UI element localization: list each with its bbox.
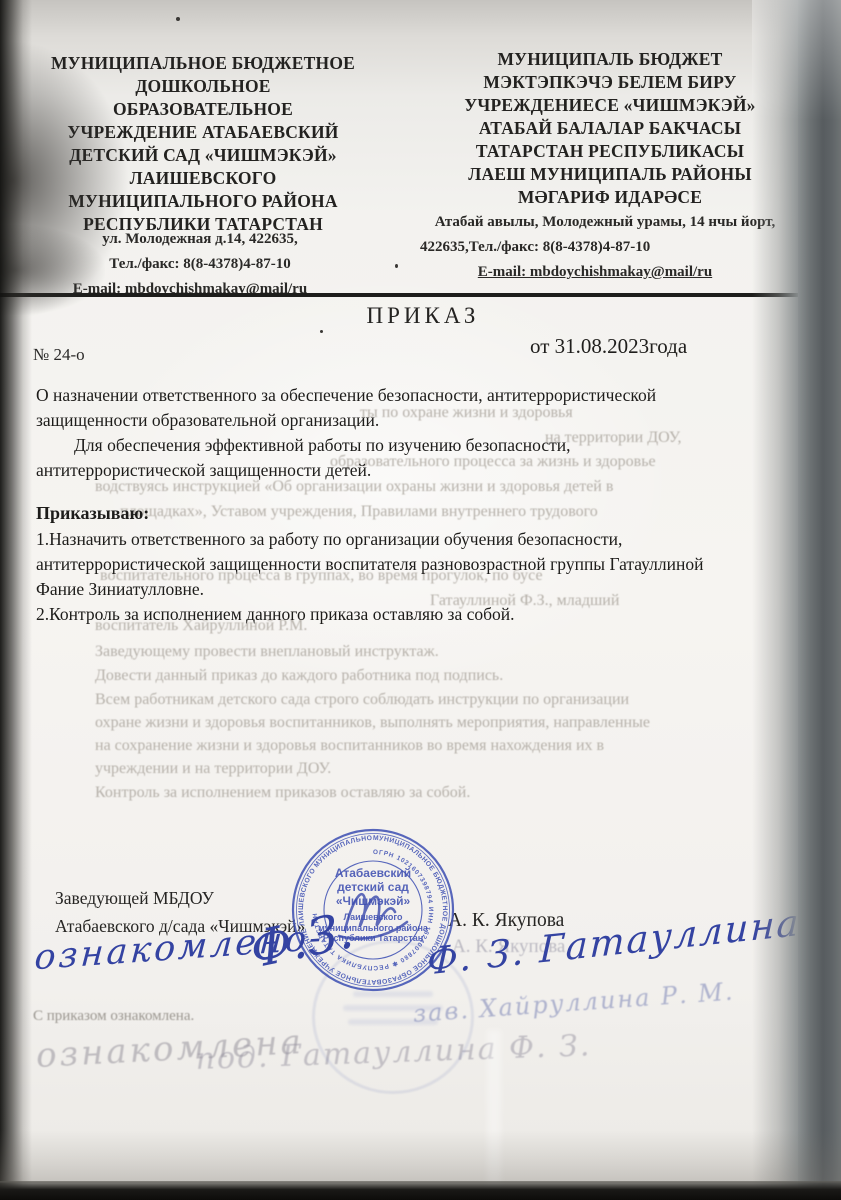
scan-edge-right-highlight [752,0,841,140]
scan-edge-right-fade [752,0,800,1200]
order-intro: Для обеспечения эффективной работы по из… [36,433,776,483]
ghost-line: площадках», Уставом учреждения, Правилам… [120,503,598,521]
ghost-line: Всем работникам детского сада строго соб… [95,691,629,709]
order-subject: О назначении ответственного за обеспечен… [36,383,776,433]
org-email-line-tatar: E-mail: mbdoychishmakay@mail/ru [430,264,760,281]
scan-bottom-shading [0,1130,841,1183]
ghost-line: на сохранение жизни и здоровья воспитанн… [95,737,604,755]
scan-edge-right [798,0,841,1200]
org-address-line-tatar: Атабай авылы, Молодежный урамы, 14 нчы й… [415,214,795,231]
signatory-role-line1: Заведующей МБДОУ [55,888,214,909]
ghost-line: Заведующему провести внеплановый инструк… [95,643,439,661]
ghost-line: Довести данный приказ до каждого работни… [95,667,503,685]
stamp-center-top-text: Атабаевский детский сад «Чишмэкэй» [300,866,446,908]
order-item-1: 1.Назначить ответственного за работу по … [36,527,781,602]
ghost-line: Контроль за исполнением приказов оставля… [95,784,470,802]
order-date: от 31.08.2023года [530,334,687,359]
scan-speck [320,330,323,333]
org-phone-line-tatar: 422635,Тел./факс: 8(8-4378)4-87-10 [400,239,780,256]
scan-edge-left [0,0,32,1200]
scan-speck [395,264,398,268]
ghost-line: охране жизни и здоровья воспитанников, в… [95,714,650,732]
scan-edge-bottom [0,1181,841,1200]
ghost-typed-note: С приказом ознакомлена. [33,1008,194,1025]
org-name-tatar: МУНИЦИПАЛЬ БЮДЖЕТ МЭКТЭПКЭЧЭ БЕЛЕМ БИРУ … [425,48,795,209]
order-item-2: 2.Контроль за исполнением данного приказ… [36,602,776,627]
order-number: № 24-о [33,345,85,365]
order-word: Приказываю: [36,501,149,526]
ghost-line: учреждении и на территории ДОУ. [95,760,331,778]
scan-speck [176,17,180,21]
scanned-page: ты по охране жизни и здоровья на террито… [0,0,841,1200]
